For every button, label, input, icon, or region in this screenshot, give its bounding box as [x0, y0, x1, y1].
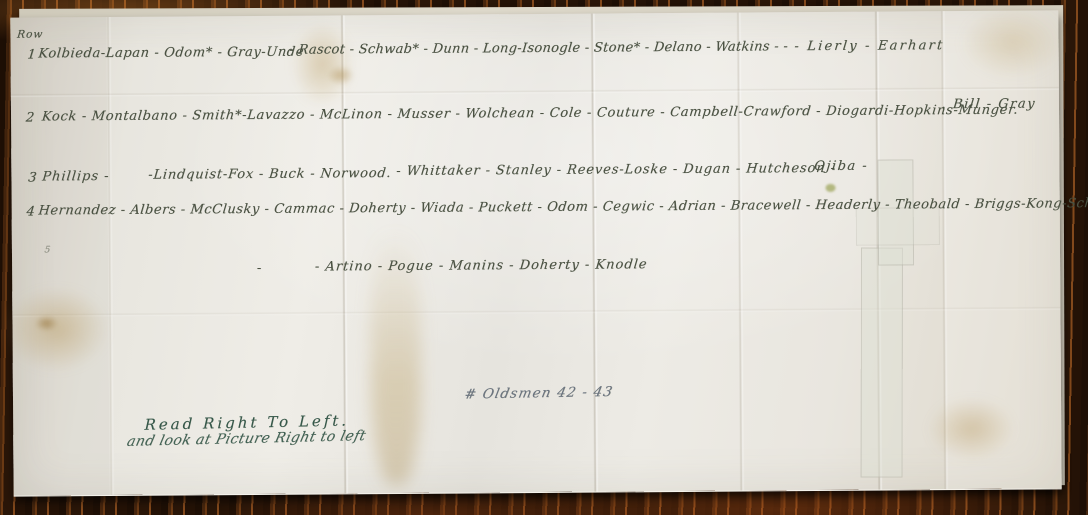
row-3-names-mid-right: - Whittaker - Stanley - Reeves-Loske - D…	[395, 161, 836, 179]
row-1-names-right: - Lierly - Earhart	[794, 38, 945, 54]
tape-strip	[856, 207, 940, 246]
row-3-names-right: Ojiba -	[813, 159, 868, 174]
stain-mark	[826, 184, 836, 192]
tape-strip	[861, 248, 903, 478]
row-4-number: 4	[26, 204, 36, 219]
unit-years-annotation: # Oldsmen 42 - 43	[463, 384, 615, 403]
paper-right-panel-shading	[942, 10, 1061, 489]
row-1-names-left: Kolbieda-Lapan - Odom* - Gray-Unde	[38, 45, 305, 62]
fold-crease	[11, 86, 1059, 97]
row-5-dash: -	[256, 261, 262, 276]
row-1-number: 1	[27, 47, 37, 62]
fold-crease	[590, 14, 598, 492]
fold-crease	[736, 13, 744, 491]
handwritten-note-paper: Row 1 Kolbieda-Lapan - Odom* - Gray-Unde…	[10, 10, 1061, 495]
row-2-number: 2	[25, 110, 35, 125]
row-3-names-left: Phillips -	[42, 169, 111, 184]
row-5-number: 5	[44, 245, 51, 255]
fold-crease	[12, 306, 1060, 317]
row-1-names-middle: - Rascot - Schwab* - Dunn - Long-Isonogl…	[289, 39, 789, 57]
row-3-number: 3	[28, 170, 38, 185]
photo-of-handwritten-note: Row 1 Kolbieda-Lapan - Odom* - Gray-Unde…	[0, 0, 1088, 515]
row-2-names: Kock - Montalbano - Smith*-Lavazzo - McL…	[41, 103, 1019, 125]
row-header-label: Row	[17, 28, 44, 40]
row-2-names-right: . Bill - Gray	[941, 97, 1037, 113]
paper-left-panel-shading	[10, 17, 109, 496]
row-3-names-mid-left: -Lindquist-Fox - Buck - Norwood.	[147, 166, 392, 183]
row-5-names: - Artino - Pogue - Manins - Doherty - Kn…	[314, 257, 648, 274]
